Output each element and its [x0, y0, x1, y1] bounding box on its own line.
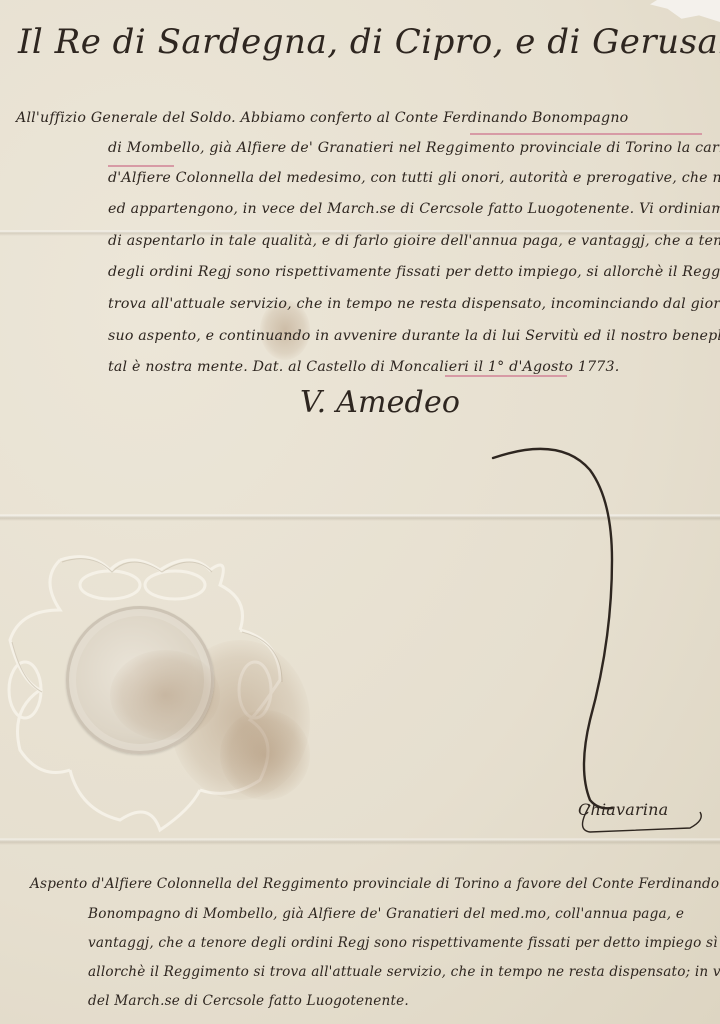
summary-line: Bonompagno di Mombello, già Alfiere de' … — [88, 906, 684, 922]
summary-line: allorchè il Reggimento si trova all'attu… — [88, 964, 720, 980]
summary-line: del March.se di Cercsole fatto Luogotene… — [88, 993, 409, 1009]
summary-line: Aspento d'Alfiere Colonnella del Reggime… — [30, 876, 719, 892]
summary-line: vantaggj, che a tenore degli ordini Regj… — [88, 935, 718, 951]
countersignature: Chiavarina — [578, 800, 668, 819]
signature-flourish-icon — [0, 0, 720, 1024]
